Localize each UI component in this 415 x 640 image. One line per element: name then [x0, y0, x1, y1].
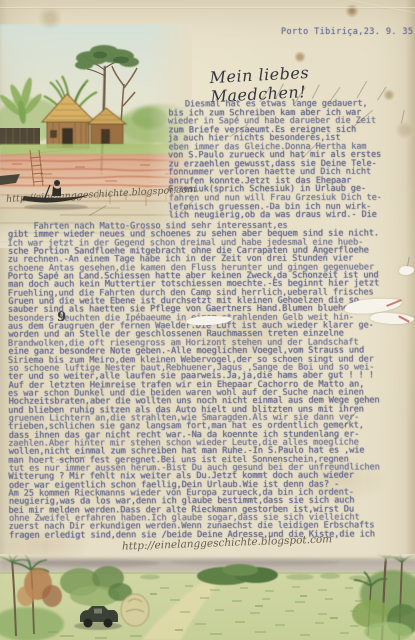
top-fade	[0, 554, 415, 562]
tape-patch	[399, 266, 414, 275]
typed-line: neugierig,was da los war,denn ich glaube…	[9, 497, 407, 507]
fence	[0, 128, 40, 145]
scanned-letter-page: Porto Tibiriça,23. 9. 35 Mein liebes Mae…	[0, 0, 415, 640]
fold-crease	[0, 7, 415, 9]
dateline: Porto Tibiriça,23. 9. 35	[281, 27, 413, 37]
top-painting-river-scene	[0, 24, 192, 248]
typed-line: anrufen konnte.Jetzt ist das Ehepaar	[169, 177, 401, 186]
fold-crease	[197, 0, 415, 20]
typed-line: so schoene luftige Nester baut,Rebhuener…	[8, 363, 406, 373]
letter-paragraph-indented: Diesmal hat es etwas lange gedauert,bis …	[168, 100, 400, 220]
typed-line: Hochzeitsbraten,aber die wollten uns noc…	[9, 397, 407, 407]
typed-line: eben immer das Gleiche.Donna Hertha kam	[168, 142, 400, 151]
typed-line: tut es nur immer aussen herum.-Bist Du a…	[9, 463, 407, 473]
typed-line: lich neugierig,ob da was draus wird.- Di…	[169, 211, 401, 220]
pencil-mark	[401, 110, 405, 124]
light-bush	[121, 594, 149, 626]
letter-body: Fahrten nach Matto-Grosso sind sehr inte…	[7, 221, 406, 539]
handwritten-page-number: 9	[56, 310, 66, 326]
bottom-painting-plain-scene	[0, 554, 415, 640]
typed-line: schoene Antas gesehen,die kamen den Flus…	[8, 263, 406, 273]
